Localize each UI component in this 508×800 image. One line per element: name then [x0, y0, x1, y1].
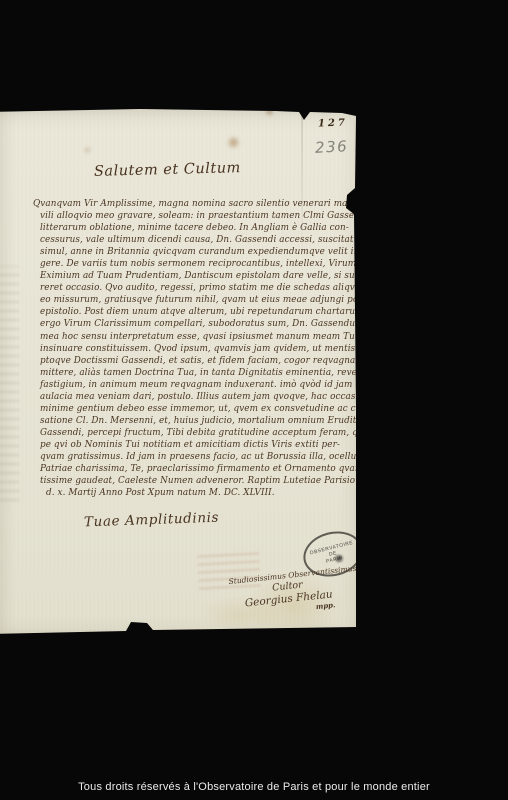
manuscript-line: pe qvi ob Nominis Tui notitiam et amicit… [40, 439, 352, 451]
manuscript-line: satione Cl. Dn. Mersenni, et, huius judi… [40, 415, 352, 427]
manuscript-line: d. x. Martij Anno Post Xpum natum M. DC.… [46, 487, 352, 499]
letter-closing: Tuae Amplitudinis [84, 510, 220, 531]
manuscript-line: epistolio. Post diem unum atqve alterum,… [40, 306, 352, 318]
manuscript-line: ptoqve Doctissmi Gassendi, et satis, et … [40, 355, 352, 367]
manuscript-line: aulacia mea veniam dari, postulo. Illius… [40, 391, 352, 403]
letter-body: Qvanqvam Vir Amplissime, magna nomina sa… [40, 198, 352, 499]
manuscript-line: qvam gratissimus. Id jam in praesens fac… [40, 451, 352, 463]
manuscript-line: tissime gaudeat, Caeleste Numen advenero… [40, 475, 352, 487]
copyright-caption: Tous droits réservés à l'Observatoire de… [0, 781, 508, 793]
manuscript-line: gere. De variis tum nobis sermonem recip… [40, 258, 352, 270]
paper-stain [226, 136, 241, 149]
manuscript-line: insinuare constituissem. Qvod ipsum, qva… [40, 343, 352, 355]
manuscript-line: litterarum oblatione, minime tacere debe… [40, 222, 352, 234]
letter-salutation: Salutem et Cultum [94, 160, 241, 180]
manuscript-line: Qvanqvam Vir Amplissime, magna nomina sa… [33, 198, 352, 210]
manuscript-line: fastigium, in animum meum reqvagnam indu… [40, 379, 352, 391]
manuscript-line: reret occasio. Qvo audito, regessi, prim… [40, 282, 352, 294]
verso-bleedthrough-left [0, 266, 19, 501]
manuscript-line: minime gentium debeo esse immemor, ut, q… [40, 403, 352, 415]
digitized-letter-view: { "caption": "Tous droits réservés à l'O… [0, 0, 508, 800]
manuscript-line: mea hoc sensu interpretatum esse, qvasi … [40, 331, 352, 343]
manuscript-line: vili alloqvio meo gravare, soleam: in pr… [40, 210, 352, 222]
manuscript-line: cessurus, vale ultimum dicendi causa, Dn… [40, 234, 352, 246]
manuscript-line: Gassendi, percepi fructum, Tibi debita g… [40, 427, 352, 439]
letter-page: 127 236 Salutem et Cultum Qvanqvam Vir A… [0, 108, 362, 640]
paper-stain [83, 146, 92, 154]
ink-blot [333, 554, 345, 563]
folio-number-ink: 127 [318, 117, 348, 129]
manuscript-line: mittere, aliàs tamen Doctrina Tua, in ta… [40, 367, 352, 379]
manuscript-line: ergo Virum Clarissimum compellari, subod… [40, 318, 352, 330]
folio-number-pencil: 236 [315, 137, 349, 157]
manuscript-line: Eximium ad Tuam Prudentiam, Dantiscum ep… [40, 270, 352, 282]
manuscript-line: eo missurum, gratiusqve futurum nihil, q… [40, 294, 352, 306]
paper-stain [264, 107, 275, 116]
manuscript-line: Patriae charissima, Te, praeclarissimo f… [40, 463, 352, 475]
manuscript-scan: 127 236 Salutem et Cultum Qvanqvam Vir A… [0, 0, 508, 800]
manuscript-line: simul, anne in Britannia qvicqvam curand… [40, 246, 352, 258]
